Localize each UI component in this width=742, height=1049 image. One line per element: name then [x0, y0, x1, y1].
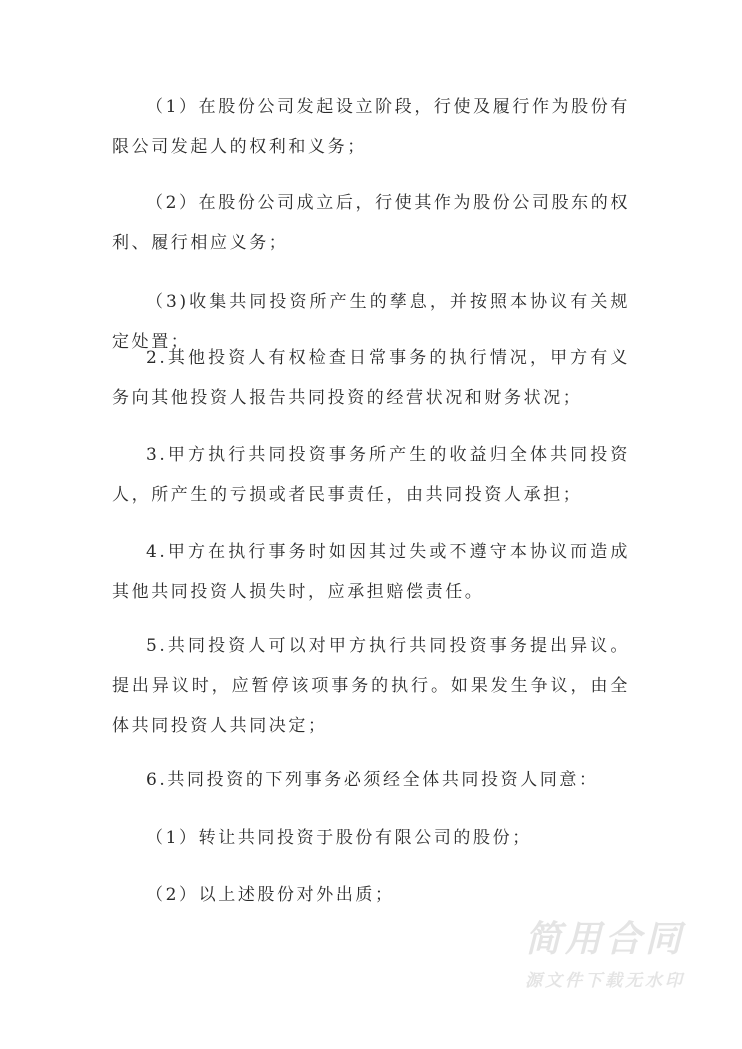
paragraph-7: 5.共同投资人可以对甲方执行共同投资事务提出异议。提出异议时，应暂停该项事务的执…: [112, 626, 630, 746]
watermark: 简用合同 源文件下载无水印: [510, 918, 700, 996]
paragraph-1: （1）在股份公司发起设立阶段，行使及履行作为股份有限公司发起人的权利和义务；: [112, 87, 630, 167]
paragraph-5: 3.甲方执行共同投资事务所产生的收益归全体共同投资人，所产生的亏损或者民事责任，…: [112, 435, 630, 515]
paragraph-6: 4.甲方在执行事务时如因其过失或不遵守本协议而造成其他共同投资人损失时，应承担赔…: [112, 532, 630, 612]
watermark-subtitle: 源文件下载无水印: [510, 966, 700, 996]
paragraph-4: 2.其他投资人有权检查日常事务的执行情况，甲方有义务向其他投资人报告共同投资的经…: [112, 338, 630, 418]
watermark-title: 简用合同: [510, 918, 700, 962]
paragraph-9: （1）转让共同投资于股份有限公司的股份；: [112, 818, 630, 858]
paragraph-8: 6.共同投资的下列事务必须经全体共同投资人同意：: [112, 760, 630, 800]
paragraph-2: （2）在股份公司成立后，行使其作为股份公司股东的权利、履行相应义务；: [112, 183, 630, 263]
paragraph-10: （2）以上述股份对外出质；: [112, 875, 630, 915]
document-page: （1）在股份公司发起设立阶段，行使及履行作为股份有限公司发起人的权利和义务； （…: [0, 0, 742, 1049]
